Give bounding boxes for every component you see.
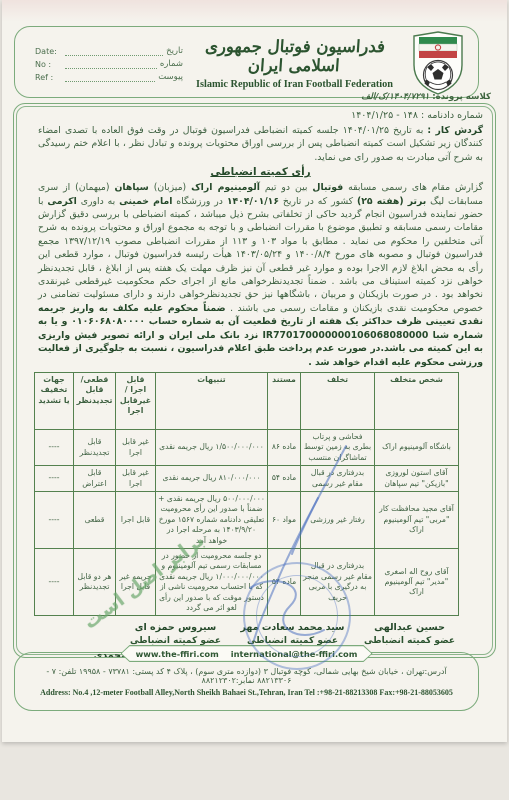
table-header-cell: قابل اجرا /غیرقابل اجرا [116, 372, 156, 429]
address-fa: آدرس:تهران ، خیابان شیخ بهایی شمالی، کوچ… [15, 667, 478, 685]
procedure-paragraph: گردش کار : به تاریخ ۱۴۰۴/۰۱/۲۵ جلسه کمیت… [38, 124, 483, 164]
signatory-role: عضو کمیته انضباطی [364, 636, 455, 646]
table-cell: مواد ۶۰ [268, 491, 301, 548]
table-cell: رفتار غیر ورزشی [301, 491, 375, 548]
table-cell: قطعی [74, 491, 116, 548]
table-cell: غیر قابل اجرا [116, 466, 156, 492]
signatory-name: سیروس حمزه ای [130, 622, 221, 633]
signature-block: حسین عبدالهی عضو کمیته انضباطی [364, 622, 455, 646]
verdict-heading: رأی کمیته انضباطی [38, 166, 483, 178]
table-cell: فحاشی و پرتاب بطری به زمین توسط تماشاگرا… [301, 429, 375, 465]
table-header-cell: قطعی/قابل تجدیدنظر [74, 372, 116, 429]
ref-label-en: Ref : [35, 73, 62, 82]
round-ink-stamp [243, 562, 351, 670]
table-cell: ---- [35, 429, 74, 465]
table-cell: ۱/۵۰۰/۰۰۰/۰۰۰ ریال جریمه نقدی [156, 429, 268, 465]
signatory-name: حسین عبدالهی [364, 622, 455, 633]
verdict-paragraph: گزارش مقام های رسمی مسابقه فوتبال بین دو… [38, 181, 483, 369]
ref-field: Ref : پیوست [35, 72, 183, 82]
table-cell: قابل اجرا [116, 491, 156, 548]
table-row: باشگاه آلومینیوم اراکفحاشی و پرتاب بطری … [35, 429, 459, 465]
table-header-cell: جهات تخفیف یا تشدید [35, 372, 74, 429]
procedure-label: گردش کار : [427, 125, 483, 136]
date-label-fa: تاریخ [166, 46, 183, 56]
verdict-body-box: شماره دادنامه : ۱۴۸ - ۱۴۰۴/۱/۲۵ گردش کار… [13, 103, 496, 658]
ref-blank-line [65, 74, 155, 82]
letterhead-fields: Date: تاریخ No : شماره Ref : پیوست [15, 39, 183, 85]
table-cell: آقای روح اله اصغری "مدیر" تیم آلومینیوم … [375, 548, 459, 615]
date-blank-line [65, 48, 163, 56]
signature-block: سیروس حمزه ای عضو کمیته انضباطی [130, 622, 221, 646]
footer-box: www.the-ffiri.com international@the-ffir… [14, 652, 479, 711]
number-blank-line [65, 61, 157, 69]
procedure-text: به تاریخ ۱۴۰۴/۰۱/۲۵ جلسه کمیته انضباطی ف… [38, 125, 483, 163]
table-cell: غیر قابل اجرا [116, 429, 156, 465]
website-link: www.the-ffiri.com [136, 649, 219, 659]
date-label-en: Date: [35, 47, 62, 56]
signatory-role: عضو کمیته انضباطی [130, 636, 221, 646]
date-field: Date: تاریخ [35, 46, 183, 56]
table-cell: ۸۱۰/۰۰۰/۰۰۰ ریال جریمه نقدی [156, 466, 268, 492]
case-number-value: ۱۴۰۴/۷۲۹۱/ک/الف [361, 92, 429, 102]
table-cell: باشگاه آلومینیوم اراک [375, 429, 459, 465]
table-cell: ---- [35, 548, 74, 615]
federation-title-en: Islamic Republic of Iran Football Federa… [183, 79, 406, 90]
table-cell: قابل اعتراض [74, 466, 116, 492]
table-cell: ۵۰۰/۰۰۰/۰۰۰ ریال جریمه نقدی + ضمناً با ص… [156, 491, 268, 548]
number-label-en: No : [35, 60, 62, 69]
table-cell: ---- [35, 466, 74, 492]
ref-label-fa: پیوست [158, 72, 183, 82]
verdict-table: شخص متخلفتخلفمستندتنبیهاتقابل اجرا /غیرق… [34, 372, 459, 617]
table-cell: قابل تجدیدنظر [74, 429, 116, 465]
table-cell: آقای استون لوروزی "بازیکن" تیم سپاهان [375, 466, 459, 492]
table-cell: آقای مجید محافظت کار "مربی" تیم آلومینیو… [375, 491, 459, 548]
table-cell: بدرفتاری در قبال مقام غیر رسمی [301, 466, 375, 492]
address-en: Address: No.4 ,12-meter Football Alley,N… [15, 688, 478, 697]
federation-title-fa: فدراسیون فوتبال جمهوری اسلامی ایران [182, 37, 408, 75]
table-header-cell: شخص متخلف [375, 372, 459, 429]
judgment-number: شماره دادنامه : ۱۴۸ - ۱۴۰۴/۱/۲۵ [38, 110, 483, 121]
table-header-cell: مستند [268, 372, 301, 429]
table-cell: ---- [35, 491, 74, 548]
letterhead-titles: فدراسیون فوتبال جمهوری اسلامی ایران Isla… [183, 35, 406, 90]
table-header-cell: تنبیهات [156, 372, 268, 429]
case-number-label: کلاسه پرونده: [432, 92, 491, 102]
table-cell: ماده ۵۴ [268, 466, 301, 492]
table-header-row: شخص متخلفتخلفمستندتنبیهاتقابل اجرا /غیرق… [35, 372, 459, 429]
table-row: آقای استون لوروزی "بازیکن" تیم سپاهانبدر… [35, 466, 459, 492]
number-label-fa: شماره [160, 59, 183, 69]
number-field: No : شماره [35, 59, 183, 69]
case-number: کلاسه پرونده: ۱۴۰۴/۷۲۹۱/ک/الف [361, 92, 491, 102]
table-cell: ماده ۸۶ [268, 429, 301, 465]
federation-emblem-icon [410, 31, 466, 95]
scanned-verdict-document: Date: تاریخ No : شماره Ref : پیوست فدراس… [0, 0, 509, 800]
letterhead: Date: تاریخ No : شماره Ref : پیوست فدراس… [14, 26, 479, 98]
table-row: آقای مجید محافظت کار "مربی" تیم آلومینیو… [35, 491, 459, 548]
table-header-cell: تخلف [301, 372, 375, 429]
